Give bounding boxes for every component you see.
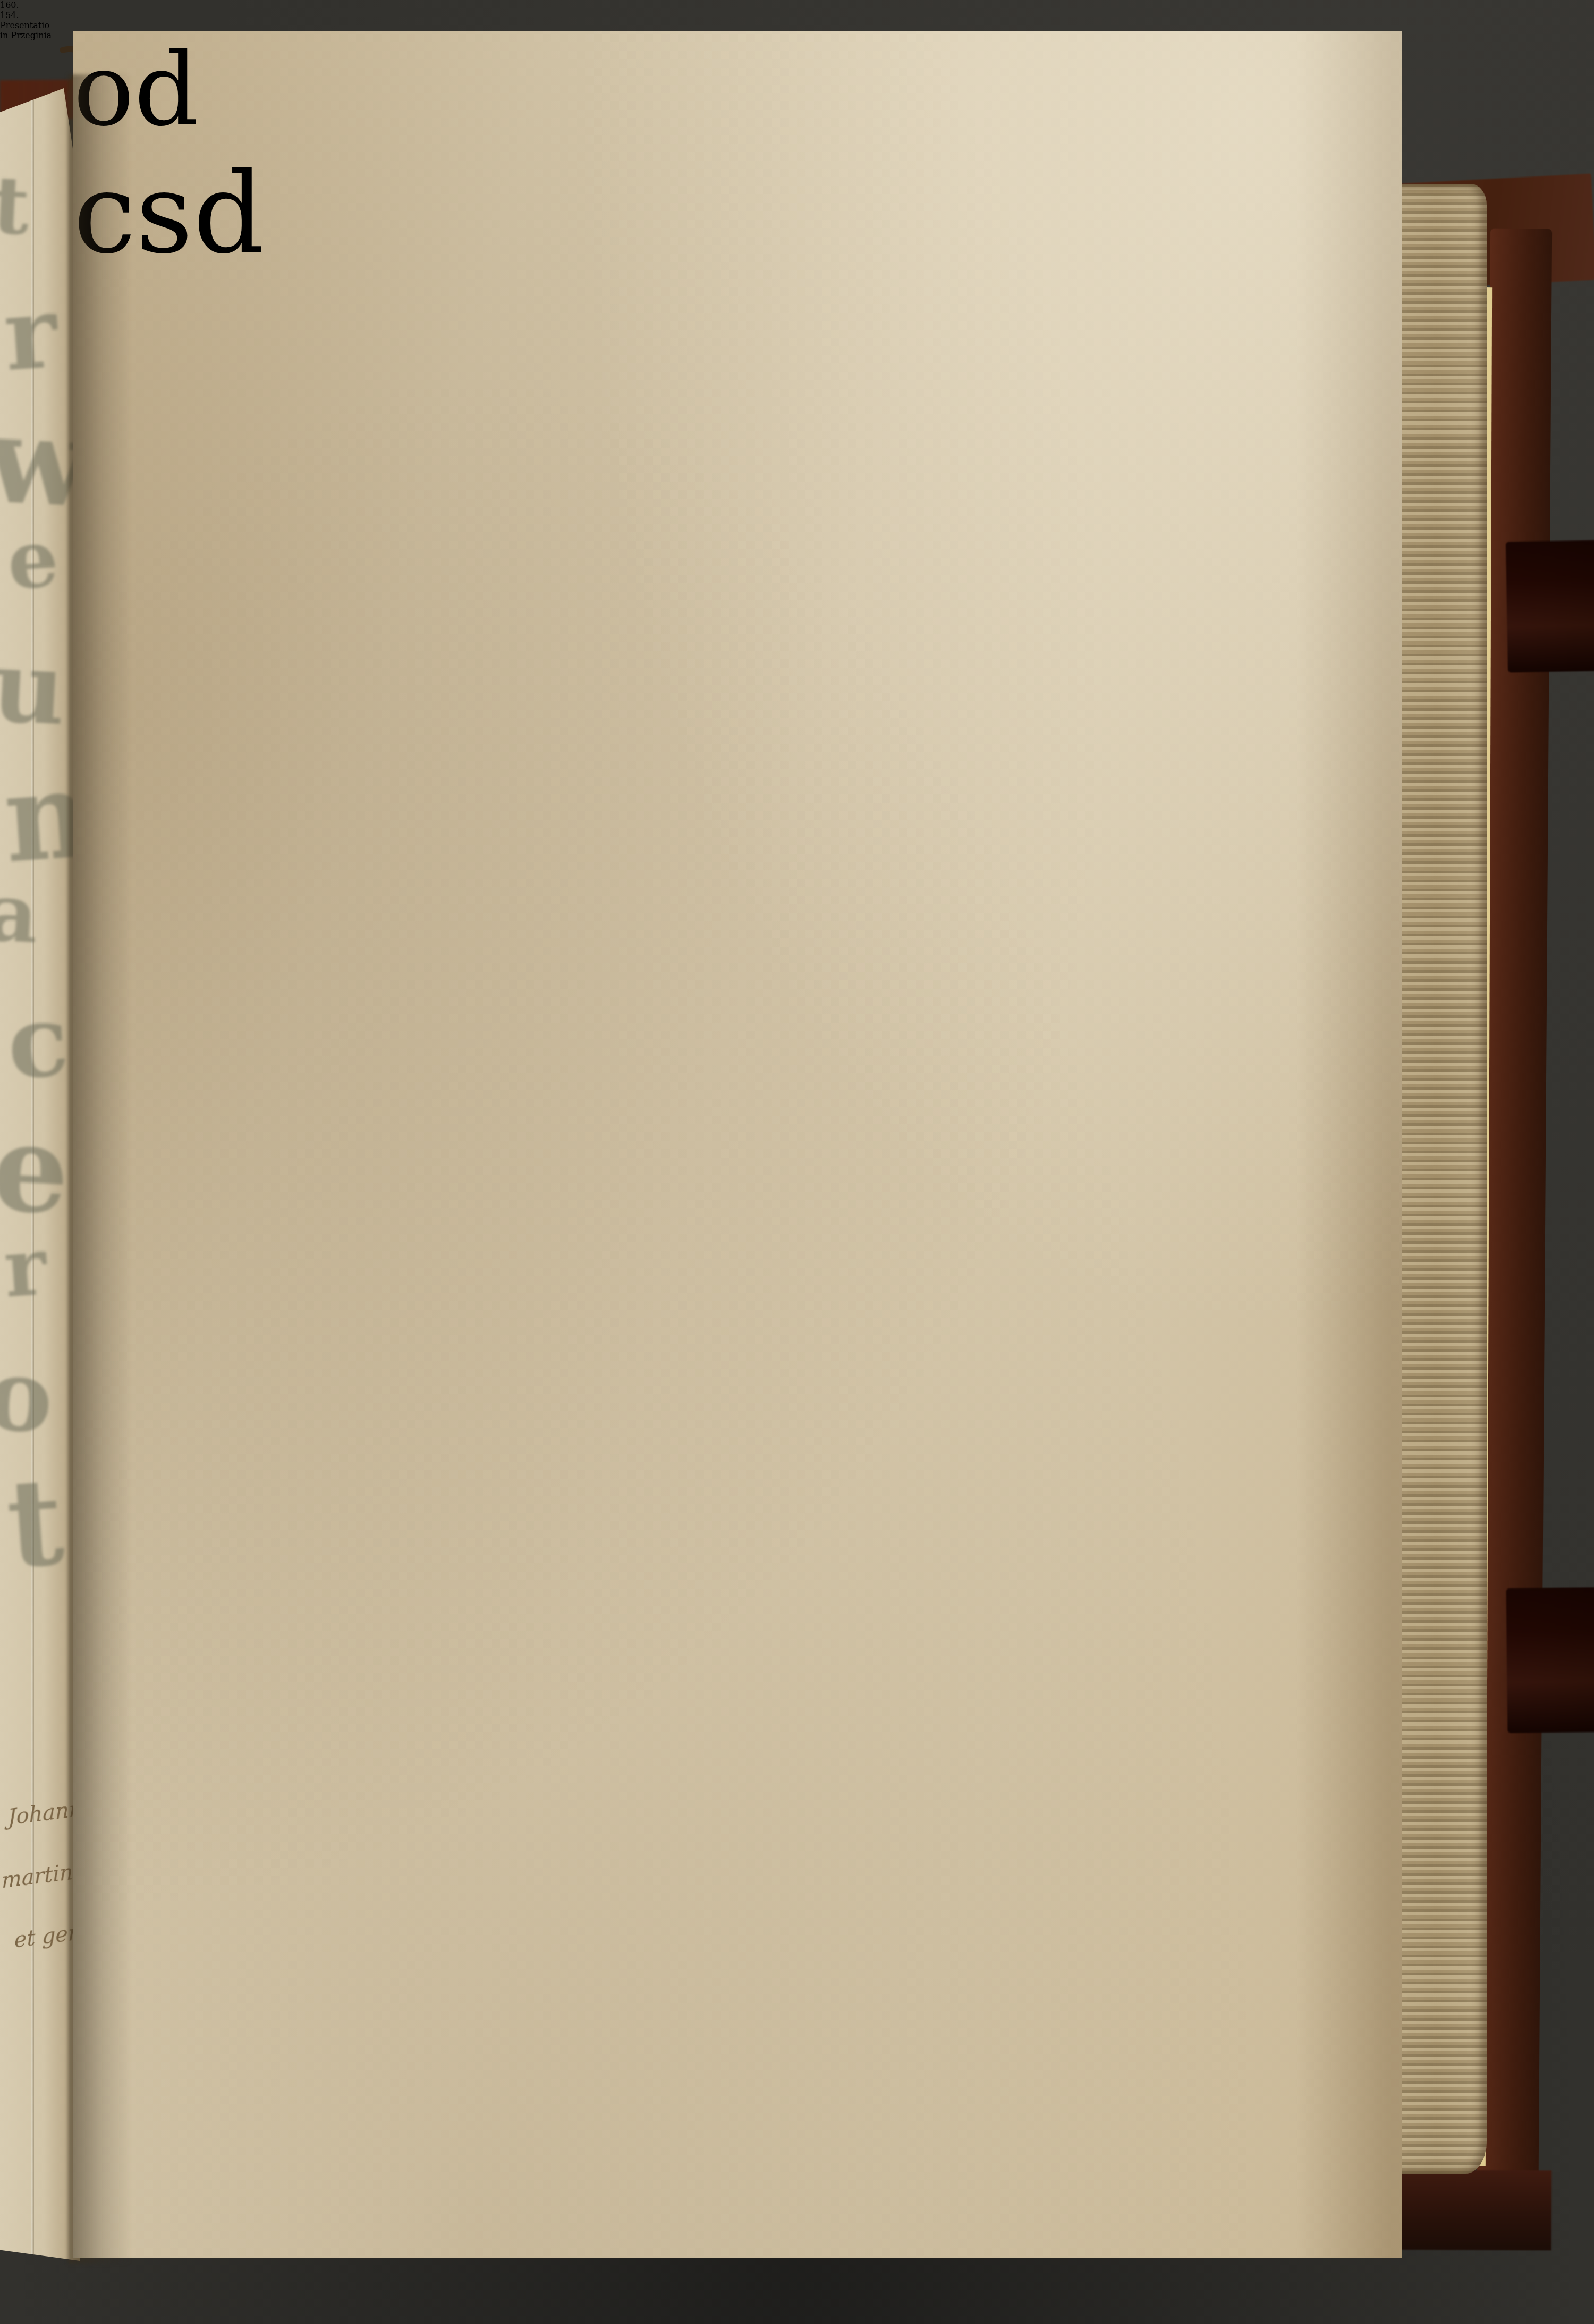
gothic-showthrough-letter: a (0, 873, 40, 955)
clasp-strap-upper (1506, 540, 1594, 673)
gothic-showthrough-letter: t (0, 165, 31, 246)
manuscript-page: od csd (73, 31, 1402, 2258)
clasp-strap-lower (1506, 1587, 1594, 1733)
showthrough-letters: od (73, 31, 1402, 148)
gothic-showthrough-letter: t (3, 1462, 67, 1586)
gothic-showthrough-letter: u (0, 636, 68, 740)
showthrough-letters: csd (73, 148, 1402, 278)
gothic-showthrough-letter: e (5, 518, 61, 601)
folio-number-struck: 154. (0, 10, 1594, 20)
gothic-showthrough-letter: r (1, 282, 61, 385)
folio-number-pencil: 160. (0, 0, 1594, 10)
gothic-showthrough-letter: r (2, 1226, 49, 1308)
gutter-shadow (68, 74, 132, 2264)
folio-number-struck-text: 154. (0, 10, 19, 20)
gothic-showthrough-letter: o (0, 1344, 55, 1447)
margin-note-line1: Presentatio (0, 20, 1594, 30)
photograph-of-open-codex: trweumacerot Johannes dmartinus & Let ge… (0, 0, 1594, 2324)
gothic-showthrough-letter: c (4, 990, 72, 1094)
gothic-showthrough-letter: e (0, 1108, 72, 1231)
